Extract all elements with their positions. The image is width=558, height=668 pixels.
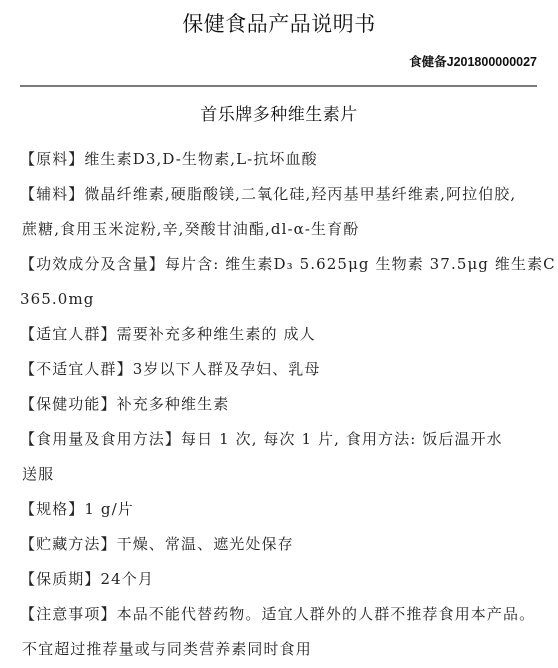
section-text: 干燥、常温、遮光处保存 xyxy=(117,535,294,553)
section-specification: 【规格】1 g/片 xyxy=(20,500,540,519)
section-label: 【食用量及食用方法】 xyxy=(20,430,181,448)
section-health-function: 【保健功能】补充多种维生素 xyxy=(20,395,540,414)
section-text-continued: 送服 xyxy=(20,465,540,484)
section-label: 【贮藏方法】 xyxy=(20,535,117,553)
section-label: 【保健功能】 xyxy=(20,395,117,413)
section-text: 维生素D3,D-生物素,L-抗坏血酸 xyxy=(84,150,317,168)
section-unsuitable-population: 【不适宜人群】3岁以下人群及孕妇、乳母 xyxy=(20,360,540,379)
section-excipients: 【辅料】微晶纤维素,硬脂酸镁,二氧化硅,羟丙基甲基纤维素,阿拉伯胶, 蔗糖,食用… xyxy=(20,185,540,239)
section-raw-materials: 【原料】维生素D3,D-生物素,L-抗坏血酸 xyxy=(20,150,540,169)
product-name: 首乐牌多种维生素片 xyxy=(0,103,558,127)
section-label: 【规格】 xyxy=(20,500,84,518)
section-storage: 【贮藏方法】干燥、常温、遮光处保存 xyxy=(20,535,540,554)
section-label: 【注意事项】 xyxy=(20,605,117,623)
section-label: 【原料】 xyxy=(20,150,84,168)
section-active-ingredients: 【功效成分及含量】每片含: 维生素D₃ 5.625μg 生物素 37.5μg 维… xyxy=(20,255,540,309)
section-label: 【不适宜人群】 xyxy=(20,360,133,378)
section-text: 需要补充多种维生素的 成人 xyxy=(117,325,316,343)
section-text-continued: 365.0mg xyxy=(20,290,540,309)
section-shelf-life: 【保质期】24个月 xyxy=(20,570,540,589)
spec-sections: 【原料】维生素D3,D-生物素,L-抗坏血酸 【辅料】微晶纤维素,硬脂酸镁,二氧… xyxy=(20,150,540,659)
registration-number: 食健备J201800000027 xyxy=(409,54,537,70)
section-text-continued: 不宜超过推荐量或与同类营养素同时食用 xyxy=(20,640,540,659)
section-text-continued: 蔗糖,食用玉米淀粉,辛,癸酸甘油酯,dl-α-生育酚 xyxy=(20,220,540,239)
section-suitable-population: 【适宜人群】需要补充多种维生素的 成人 xyxy=(20,325,540,344)
section-text: 补充多种维生素 xyxy=(117,395,230,413)
section-label: 【适宜人群】 xyxy=(20,325,117,343)
section-text: 本品不能代替药物。适宜人群外的人群不推荐食用本产品。 xyxy=(117,605,536,623)
section-precautions: 【注意事项】本品不能代替药物。适宜人群外的人群不推荐食用本产品。 不宜超过推荐量… xyxy=(20,605,540,659)
header-divider xyxy=(20,85,537,87)
section-label: 【保质期】 xyxy=(20,570,101,588)
section-text: 微晶纤维素,硬脂酸镁,二氧化硅,羟丙基甲基纤维素,阿拉伯胶, xyxy=(84,185,516,203)
document-title: 保健食品产品说明书 xyxy=(0,9,558,39)
section-text: 24个月 xyxy=(101,570,155,588)
section-label: 【功效成分及含量】 xyxy=(20,255,165,273)
section-dosage-usage: 【食用量及食用方法】每日 1 次, 每次 1 片, 食用方法: 饭后温开水 送服 xyxy=(20,430,540,484)
section-text: 每日 1 次, 每次 1 片, 食用方法: 饭后温开水 xyxy=(181,430,503,448)
section-text: 1 g/片 xyxy=(84,500,133,518)
section-text: 每片含: 维生素D₃ 5.625μg 生物素 37.5μg 维生素C xyxy=(165,255,556,273)
section-label: 【辅料】 xyxy=(20,185,84,203)
section-text: 3岁以下人群及孕妇、乳母 xyxy=(133,360,321,378)
